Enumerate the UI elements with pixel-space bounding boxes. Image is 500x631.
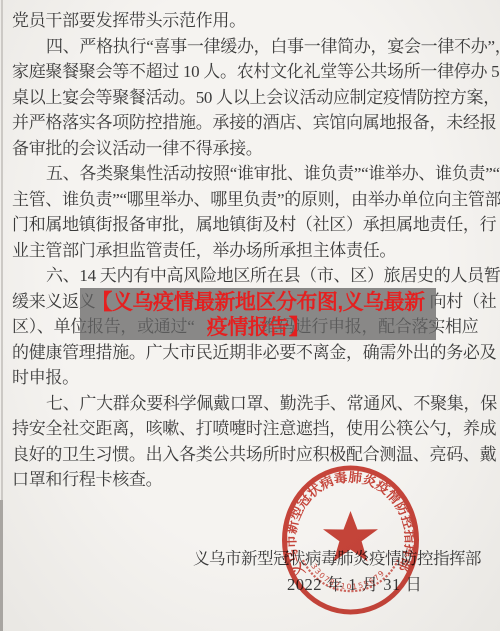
scanned-document-page: 党员干部要发挥带头示范作用。四、严格执行“喜事一律缓办，白事一律简办，宴会一律不…	[0, 0, 500, 631]
document-line: 主管、谁负责”“哪里举办、哪里负责”的原则，由举办单位向主管部	[12, 189, 500, 215]
overlay-caption-line1: 【义乌疫情最新地区分布图,义乌最新	[80, 290, 436, 315]
overlay-caption-line2: 疫情报告】	[80, 315, 436, 340]
scan-edge-shadow	[0, 500, 3, 631]
document-line: 持安全社交距离，咳嗽、打喷嚏时注意遮挡，使用公筷公勺，养成	[12, 418, 500, 444]
document-line: 备审批的会议活动一律不得承接。	[12, 138, 500, 164]
document-line: 五、各类聚集性活动按照“谁审批、谁负责”“谁举办、谁负责”“谁	[12, 163, 500, 189]
overlay-caption-banner: 【义乌疫情最新地区分布图,义乌最新 疫情报告】	[80, 288, 436, 340]
document-line: 七、广大群众要科学佩戴口罩、勤洗手、常通风、不聚集，保	[12, 393, 500, 419]
document-line: 业主管部门承担监管责任，举办场所承担主体责任。	[12, 240, 500, 266]
document-line: 四、严格执行“喜事一律缓办，白事一律简办，宴会一律不办”，	[12, 36, 500, 62]
seal-serial-number: 33078210155679	[309, 562, 387, 591]
document-line: 良好的卫生习惯。出入各类公共场所时应积极配合测温、亮码、戴	[12, 444, 500, 470]
document-line: 并严格落实各项防控措施。承接的酒店、宾馆向属地报备，未经报	[12, 112, 500, 138]
document-line: 口罩和行程卡核查。	[12, 469, 500, 495]
document-line: 桌以上宴会等聚餐活动。50 人以上会议活动应制定疫情防控方案，	[12, 87, 500, 113]
document-line: 的健康管理措施。广大市民近期非必要不离金，确需外出的务必及	[12, 342, 500, 368]
document-line: 党员干部要发挥带头示范作用。	[12, 10, 500, 36]
official-seal: 义乌市新型冠状病毒肺炎疫情防控指挥部 33078210155679	[277, 462, 424, 617]
seal-star-icon	[323, 511, 378, 562]
document-line: 家庭聚餐聚会等不超过 10 人。农村文化礼堂等公共场所一律停办 5	[12, 61, 500, 87]
document-line: 时申报。	[12, 367, 500, 393]
document-line: 门和属地镇街报备审批，属地镇街及村（社区）承担属地责任，行	[12, 214, 500, 240]
